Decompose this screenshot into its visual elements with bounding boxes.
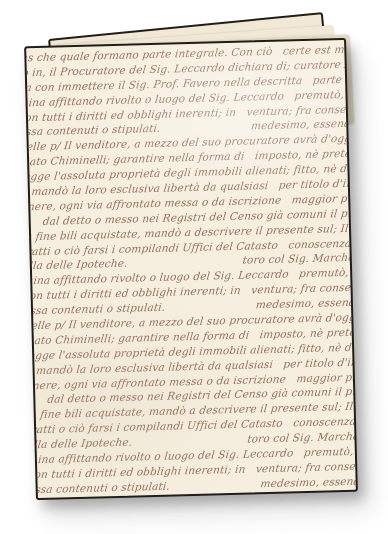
cover-handwriting: lus che quale formano parte integrale. C… — [24, 42, 358, 498]
notebook-front-cover: lus che quale formano parte integrale. C… — [24, 38, 358, 500]
notebook-product-photo: lus che quale formano parte integrale. C… — [0, 0, 388, 534]
